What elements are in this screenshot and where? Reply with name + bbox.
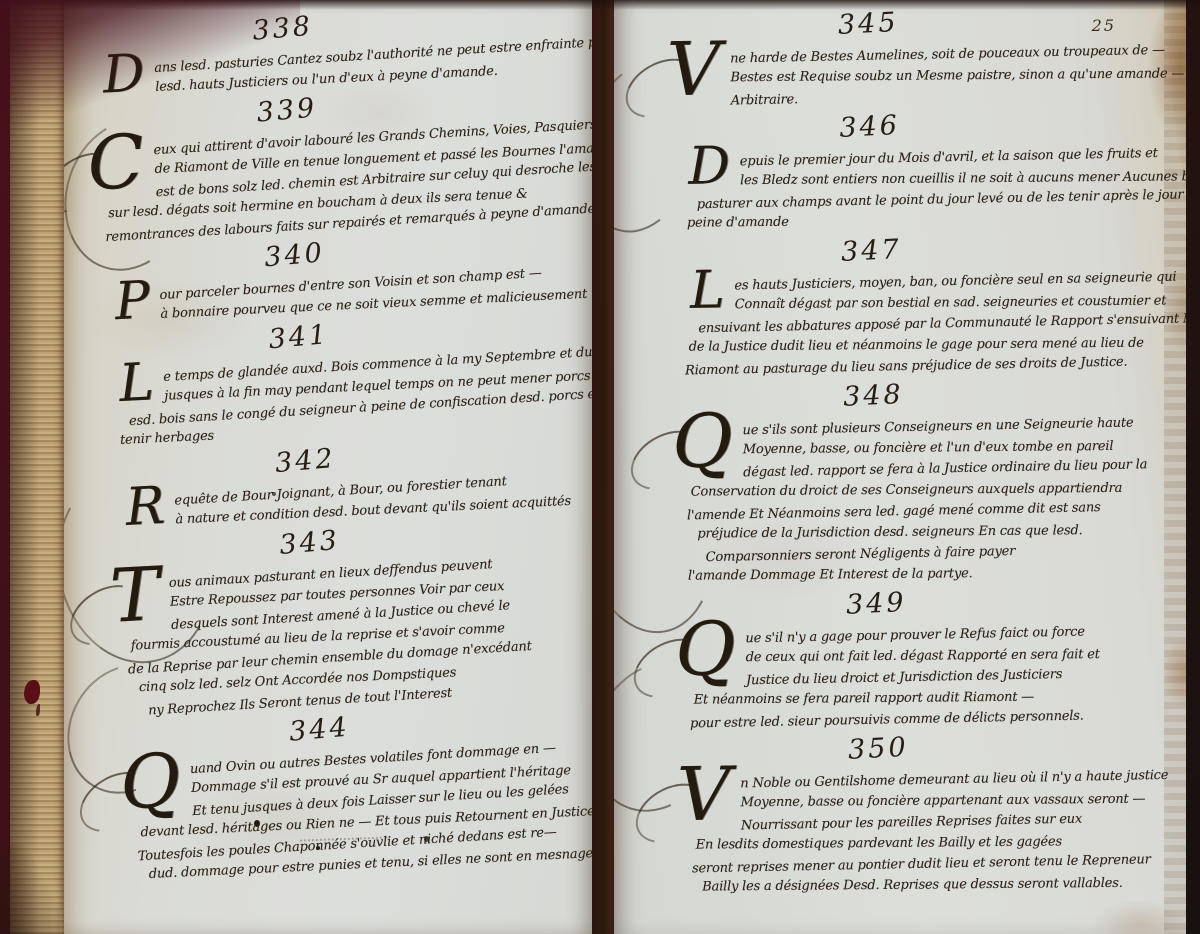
section-lines: ue s'il n'y a gage pour prouver le Refus… <box>689 621 1176 733</box>
section-lines: epuis le premier jour du Mois d'avril, e… <box>682 144 1169 235</box>
section-lines: es hauts Justiciers, moyen, ban, ou fonc… <box>684 268 1171 380</box>
ink-spot <box>272 492 276 496</box>
photo-background: 338 D ans lesd. pasturies Cantez soubz l… <box>0 0 1200 934</box>
section-paragraph: Q ue s'il n'y a gage pour prouver le Ref… <box>689 621 1176 733</box>
ink-spot <box>424 836 429 842</box>
section-lines: ous animaux pasturant en lieux deffendus… <box>123 549 592 721</box>
section-paragraph: Q ue s'ils sont plusieurs Conseigneurs e… <box>686 413 1174 588</box>
section-paragraph: V n Noble ou Gentilshome demeurant au li… <box>691 766 1179 899</box>
section-343: 343 T ous animaux pasturant en lieux def… <box>121 513 592 721</box>
section-lines: uand Ovin ou autres Bestes volatiles fon… <box>133 736 592 887</box>
section-paragraph: T ous animaux pasturant en lieux deffend… <box>123 549 592 721</box>
book-page-edges <box>10 0 64 934</box>
section-paragraph: D epuis le premier jour du Mois d'avril,… <box>682 144 1169 235</box>
left-page: 338 D ans lesd. pasturies Cantez soubz l… <box>64 0 592 934</box>
section-347: 347 L es hauts Justiciers, moyen, ban, o… <box>683 232 1171 380</box>
section-348: 348 Q ue s'ils sont plusieurs Conseigneu… <box>685 377 1174 588</box>
section-lines: ue s'ils sont plusieurs Conseigneurs en … <box>686 413 1174 588</box>
section-paragraph: L es hauts Justiciers, moyen, ban, ou fo… <box>684 268 1171 380</box>
section-350: 350 V n Noble ou Gentilshome demeurant a… <box>690 730 1178 899</box>
left-page-text: 338 D ans lesd. pasturies Cantez soubz l… <box>94 0 592 887</box>
leather-corner-shadow <box>0 0 300 130</box>
section-346: 346 D epuis le premier jour du Mois d'av… <box>681 108 1169 235</box>
section-349: 349 Q ue s'il n'y a gage pour prouver le… <box>688 585 1176 733</box>
leather-corner-shadow <box>0 844 60 934</box>
book-gutter <box>592 0 614 934</box>
ink-spot <box>254 820 260 827</box>
section-lines: n Noble ou Gentilshome demeurant au lieu… <box>691 766 1179 899</box>
right-page-text: 345 V ne harde de Bestes Aumelines, soit… <box>680 1 1178 899</box>
manuscript-line: Bailly les a désignées Desd. Reprises qu… <box>702 872 1178 897</box>
section-345: 345 V ne harde de Bestes Aumelines, soit… <box>680 5 1167 111</box>
section-344: 344 Q uand Ovin ou autres Bestes volatil… <box>131 700 592 887</box>
right-page: 25 345 V ne harde de Bestes Aumelines, s… <box>614 0 1186 934</box>
section-paragraph: Q uand Ovin ou autres Bestes volatiles f… <box>133 736 592 887</box>
